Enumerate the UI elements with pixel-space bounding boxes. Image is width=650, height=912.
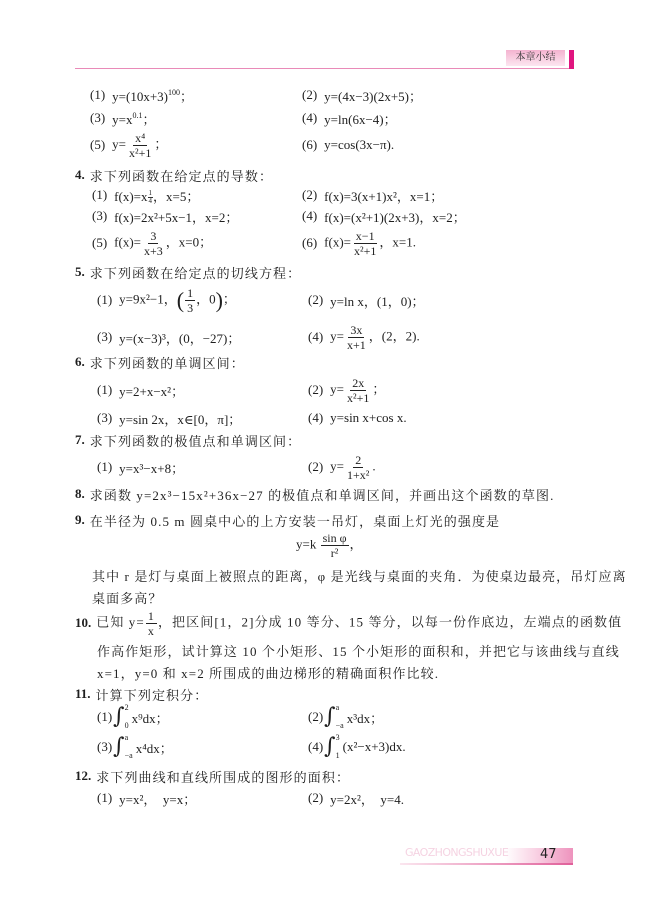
q6-item-4: (4) y=sin x+cos x. xyxy=(308,404,407,432)
denominator: x xyxy=(146,624,157,637)
integrand: (x²−x+3)dx. xyxy=(343,739,406,755)
question-text: 作高作矩形，试计算这 10 个小矩形、15 个小矩形的面积和，并把它与该曲线与直… xyxy=(97,641,620,660)
q4-item-3: (3) f(x)=2x²+5x−1，x=2； xyxy=(92,202,238,230)
question-text: 已知 y=1x，把区间[1，2]分成 10 等分、15 等分，以每一份作底边，左… xyxy=(96,610,622,637)
integrand: x⁴dx； xyxy=(136,738,173,757)
item-label: (2) xyxy=(308,790,323,806)
q12-item-2: (2) y=2x²， y=4. xyxy=(308,784,404,812)
item-label: (3) xyxy=(90,110,105,126)
expression: y=x³−x+8； xyxy=(119,458,184,477)
q9-note-line-1: 其中 r 是灯与桌面上被照点的距离，φ 是光线与桌面的夹角．为使桌边最亮，吊灯应… xyxy=(92,561,627,589)
expression: y=2xx²+1； xyxy=(330,377,385,404)
expression: y=x0.1； xyxy=(112,109,155,128)
denominator: x+3 xyxy=(142,244,165,257)
integral-limits: 20 xyxy=(125,704,129,730)
expr-text: ，0 xyxy=(196,291,216,306)
item-label: (3) xyxy=(97,739,112,755)
q8: 8. 求函数 y=2x³−15x²+36x−27 的极值点和单调区间，并画出这个… xyxy=(75,480,554,508)
q10: 10. 已知 y=1x，把区间[1，2]分成 10 等分、15 等分，以每一份作… xyxy=(75,609,622,637)
q7-heading: 7. 求下列函数的极值点和单调区间： xyxy=(75,426,301,454)
q9: 9. 在半径为 0.5 m 圆桌中心的上方安装一吊灯，桌面上灯光的强度是 xyxy=(75,506,500,534)
definite-integral: ∫31(x²−x+3)dx. xyxy=(324,734,405,760)
expression: y=3xx+1，(2，2). xyxy=(330,324,420,351)
fraction: 2xx²+1 xyxy=(345,377,371,404)
punct: ； xyxy=(372,381,385,396)
integral-limits: 31 xyxy=(336,734,340,760)
expression: y=(4x−3)(2x+5)； xyxy=(324,86,422,105)
punct: ； xyxy=(223,291,236,306)
footer-watermark: GAOZHONGSHUXUE xyxy=(405,846,508,859)
item-label: (1) xyxy=(97,709,112,725)
integral-sign-icon: ∫ xyxy=(113,704,124,730)
expr-text: f(x)= xyxy=(324,234,351,249)
item-label: (1) xyxy=(90,87,105,103)
item-label: (1) xyxy=(97,459,112,475)
fraction: 1x xyxy=(146,610,157,637)
q9-formula: y=k sin φr²， xyxy=(296,531,363,559)
question-text: 求函数 y=2x³−15x²+36x−27 的极值点和单调区间，并画出这个函数的… xyxy=(90,485,555,504)
punct: . xyxy=(372,458,375,473)
q11-item-3: (3) ∫a−ax⁴dx； xyxy=(97,733,173,761)
section-tab: 本章小结 xyxy=(506,50,565,66)
lower-limit: 0 xyxy=(125,722,129,730)
expr-text: y= xyxy=(112,136,126,151)
punct: ， xyxy=(350,536,363,551)
item-label: (6) xyxy=(302,137,317,153)
q3-item-5: (5) y=x⁴x²+1； xyxy=(90,131,167,159)
item-label: (1) xyxy=(97,382,112,398)
question-text: 在半径为 0.5 m 圆桌中心的上方安装一吊灯，桌面上灯光的强度是 xyxy=(90,511,500,530)
fraction: 21+x² xyxy=(345,454,371,481)
denominator: x²+1 xyxy=(345,391,371,404)
expression: y=sin 2x，x∈[0，π]； xyxy=(119,409,241,428)
lower-limit: −a xyxy=(336,722,344,730)
numerator: 1 xyxy=(146,610,157,624)
numerator: 3 xyxy=(148,230,158,244)
punct: ； xyxy=(143,112,156,127)
q5-item-4: (4) y=3xx+1，(2，2). xyxy=(308,323,420,351)
item-label: (1) xyxy=(97,292,112,308)
numerator: x⁴ xyxy=(133,132,147,146)
q6-item-2: (2) y=2xx²+1； xyxy=(308,376,385,404)
page-number-badge xyxy=(505,848,573,863)
denominator: 1+x² xyxy=(345,468,371,481)
expression: y=(x−3)³，(0，−27)； xyxy=(119,328,240,347)
numerator: sin φ xyxy=(321,532,349,546)
q9-note-line-2: 桌面多高？ xyxy=(92,583,163,611)
expression: y=cos(3x−π). xyxy=(324,137,394,153)
question-number: 7. xyxy=(75,432,85,448)
item-label: (3) xyxy=(97,329,112,345)
expression: y=(10x+3)100； xyxy=(112,86,193,105)
item-label: (1) xyxy=(92,187,107,203)
item-label: (4) xyxy=(308,739,323,755)
upper-limit: 2 xyxy=(125,704,129,712)
item-label: (4) xyxy=(302,110,317,126)
fraction: 13 xyxy=(185,287,195,314)
q5-item-3: (3) y=(x−3)³，(0，−27)； xyxy=(97,323,240,351)
numerator: x−1 xyxy=(354,230,377,244)
item-label: (2) xyxy=(308,292,323,308)
expr-text: y=k xyxy=(296,536,316,551)
q12-item-1: (1) y=x²， y=x； xyxy=(97,784,196,812)
q5-item-1: (1) y=9x²−1，(13，0)； xyxy=(97,286,236,314)
fraction: x⁴x²+1 xyxy=(127,132,153,159)
q5-heading: 5. 求下列函数在给定点的切线方程： xyxy=(75,258,301,286)
item-label: (4) xyxy=(308,329,323,345)
numerator: 2x xyxy=(350,377,366,391)
denominator: x²+1 xyxy=(352,244,378,257)
upper-limit: a xyxy=(336,704,344,712)
expr-text: y= xyxy=(330,458,344,473)
expression: y=2+x−x²； xyxy=(119,381,184,400)
integral-sign-icon: ∫ xyxy=(113,734,124,760)
close-paren: ) xyxy=(216,287,223,312)
section-marker-bar xyxy=(569,50,574,69)
expr-text: y=9x²−1， xyxy=(119,291,177,306)
definite-integral: ∫20x⁹dx； xyxy=(113,704,169,730)
fraction: sin φr² xyxy=(321,532,349,559)
expression: f(x)=x−1x²+1，x=1. xyxy=(324,230,416,257)
definite-integral: ∫a−ax³dx； xyxy=(324,704,383,730)
question-number: 12. xyxy=(75,768,91,784)
item-label: (3) xyxy=(92,208,107,224)
question-text: 求下列曲线和直线所围成的图形的面积： xyxy=(96,767,350,786)
question-text: 其中 r 是灯与桌面上被照点的距离，φ 是光线与桌面的夹角．为使桌边最亮，吊灯应… xyxy=(92,566,627,585)
question-text: x=1，y=0 和 x=2 所围成的曲边梯形的精确面积作比较. xyxy=(97,663,439,682)
integral-limits: a−a xyxy=(125,734,133,760)
header-rule xyxy=(75,68,574,69)
integral-limits: a−a xyxy=(336,704,344,730)
item-label: (5) xyxy=(92,235,107,251)
expression: f(x)=2x²+5x−1，x=2； xyxy=(114,207,238,226)
expression: f(x)=3x+3，x=0； xyxy=(114,230,212,257)
expression: y=2x²， y=4. xyxy=(330,789,404,808)
integral-sign-icon: ∫ xyxy=(324,734,335,760)
q5-item-2: (2) y=ln x，(1，0)； xyxy=(308,286,425,314)
item-label: (2) xyxy=(308,709,323,725)
item-label: (4) xyxy=(308,410,323,426)
numerator: 1 xyxy=(185,287,195,301)
expr-text: y= xyxy=(330,328,344,343)
item-label: (3) xyxy=(97,410,112,426)
exponent: 0.1 xyxy=(133,111,143,120)
q7-item-2: (2) y=21+x². xyxy=(308,453,376,481)
expression: f(x)=(x²+1)(2x+3)，x=2； xyxy=(324,207,466,226)
upper-limit: a xyxy=(125,734,133,742)
expr-text: y= xyxy=(330,381,344,396)
question-number: 5. xyxy=(75,264,85,280)
integrand: x⁹dx； xyxy=(132,708,169,727)
q6-item-1: (1) y=2+x−x²； xyxy=(97,376,184,404)
integrand: x³dx； xyxy=(347,708,383,727)
item-label: (2) xyxy=(302,87,317,103)
lower-limit: 1 xyxy=(336,752,340,760)
q3-item-6: (6) y=cos(3x−π). xyxy=(302,131,394,159)
question-number: 10. xyxy=(75,615,91,631)
expression: y=9x²−1，(13，0)； xyxy=(119,287,236,314)
question-text: 桌面多高？ xyxy=(92,588,163,607)
fraction: 3xx+1 xyxy=(345,324,368,351)
footer-rule xyxy=(400,863,573,865)
expression: y=k sin φr²， xyxy=(296,532,363,559)
expr-text: f(x)= xyxy=(114,234,141,249)
item-label: (6) xyxy=(302,235,317,251)
expression: y=sin x+cos x. xyxy=(330,410,406,426)
question-number: 9. xyxy=(75,512,85,528)
question-number: 6. xyxy=(75,354,85,370)
question-text: 求下列函数的单调区间： xyxy=(90,353,245,372)
q4-item-6: (6) f(x)=x−1x²+1，x=1. xyxy=(302,229,416,257)
question-text: 计算下列定积分： xyxy=(96,685,209,704)
q11-item-1: (1) ∫20x⁹dx； xyxy=(97,703,169,731)
fraction: x−1x²+1 xyxy=(352,230,378,257)
expr-text: 已知 y= xyxy=(96,614,145,629)
q6-heading: 6. 求下列函数的单调区间： xyxy=(75,348,245,376)
expression: y=x²， y=x； xyxy=(119,789,196,808)
denominator: r² xyxy=(329,546,341,559)
denominator: x²+1 xyxy=(127,146,153,159)
item-label: (1) xyxy=(97,790,112,806)
question-text: 求下列函数在给定点的切线方程： xyxy=(90,263,302,282)
expr-tail: ，x=0； xyxy=(166,234,212,249)
punct: ； xyxy=(180,89,193,104)
question-number: 4. xyxy=(75,167,85,183)
expr-text: y=(10x+3) xyxy=(112,89,168,104)
q3-item-3: (3) y=x0.1； xyxy=(90,104,156,132)
lower-limit: −a xyxy=(125,752,133,760)
item-label: (2) xyxy=(302,187,317,203)
open-paren: ( xyxy=(177,287,184,312)
fraction: 3x+3 xyxy=(142,230,165,257)
expr-text: y=x xyxy=(112,112,132,127)
punct: ； xyxy=(154,136,167,151)
numerator: 2 xyxy=(353,454,363,468)
denominator: 3 xyxy=(185,301,195,314)
expression: y=ln x，(1，0)； xyxy=(330,291,424,310)
expr-tail: ，(2，2). xyxy=(369,328,420,343)
page-number: 47 xyxy=(540,847,557,863)
item-label: (2) xyxy=(308,382,323,398)
q3-item-4: (4) y=ln(6x−4)； xyxy=(302,104,397,132)
expression: y=21+x². xyxy=(330,454,375,481)
expr-tail: ，把区间[1，2]分成 10 等分、15 等分，以每一份作底边，左端点的函数值 xyxy=(158,614,622,629)
q4-item-5: (5) f(x)=3x+3，x=0； xyxy=(92,229,212,257)
q4-item-4: (4) f(x)=(x²+1)(2x+3)，x=2； xyxy=(302,202,466,230)
denominator: x+1 xyxy=(345,338,368,351)
upper-limit: 3 xyxy=(336,734,340,742)
exponent: 100 xyxy=(168,88,180,97)
q11-item-4: (4) ∫31(x²−x+3)dx. xyxy=(308,733,406,761)
expr-tail: ，x=1. xyxy=(379,234,416,249)
q7-item-1: (1) y=x³−x+8； xyxy=(97,453,184,481)
question-text: 求下列函数的极值点和单调区间： xyxy=(90,431,302,450)
item-label: (5) xyxy=(90,137,105,153)
question-number: 11. xyxy=(75,686,91,702)
expression: y=ln(6x−4)； xyxy=(324,109,396,128)
expression: y=x⁴x²+1； xyxy=(112,132,167,159)
numerator: 3x xyxy=(348,324,364,338)
q11-item-2: (2) ∫a−ax³dx； xyxy=(308,703,383,731)
item-label: (2) xyxy=(308,459,323,475)
definite-integral: ∫a−ax⁴dx； xyxy=(113,734,173,760)
item-label: (4) xyxy=(302,208,317,224)
question-number: 8. xyxy=(75,486,85,502)
integral-sign-icon: ∫ xyxy=(324,704,335,730)
